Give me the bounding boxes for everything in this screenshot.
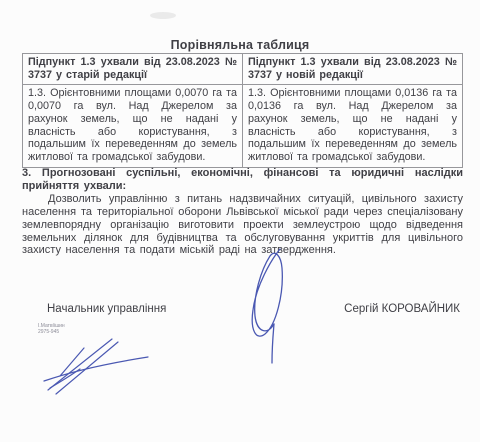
page-title: Порівняльна таблиця (0, 38, 480, 52)
table-header-new-edition: Підпункт 1.3 ухвали від 23.08.2023 № 373… (243, 54, 463, 85)
table-cell-old-edition: 1.3. Орієнтовними площами 0,0070 га та 0… (23, 85, 243, 167)
signer-name: Сергій КОРОВАЙНИК (344, 303, 460, 315)
comparison-table: Підпункт 1.3 ухвали від 23.08.2023 № 373… (22, 53, 463, 168)
signature-ink-loop (246, 246, 292, 368)
section-heading: 3. Прогнозовані суспільні, економічні, ф… (22, 167, 463, 193)
table-row: 1.3. Орієнтовними площами 0,0070 га та 0… (23, 85, 463, 167)
signer-position-title: Начальник управління (47, 303, 166, 315)
table-cell-new-edition: 1.3. Орієнтовними площами 0,0136 га та 0… (243, 85, 463, 167)
table-header-row: Підпункт 1.3 ухвали від 23.08.2023 № 373… (23, 54, 463, 85)
executor-phone: 2975-945 (38, 330, 65, 336)
document-page: Порівняльна таблиця Підпункт 1.3 ухвали … (0, 0, 480, 442)
section-body-paragraph: Дозволить управлінню з питань надзвичайн… (22, 193, 463, 258)
signature-ink-scribble (26, 336, 158, 398)
section-consequences: 3. Прогнозовані суспільні, економічні, ф… (22, 167, 463, 257)
executor-note: І.Матвіїшин 2975-945 (38, 324, 65, 335)
table-header-old-edition: Підпункт 1.3 ухвали від 23.08.2023 № 373… (23, 54, 243, 85)
scan-smudge (150, 12, 176, 19)
